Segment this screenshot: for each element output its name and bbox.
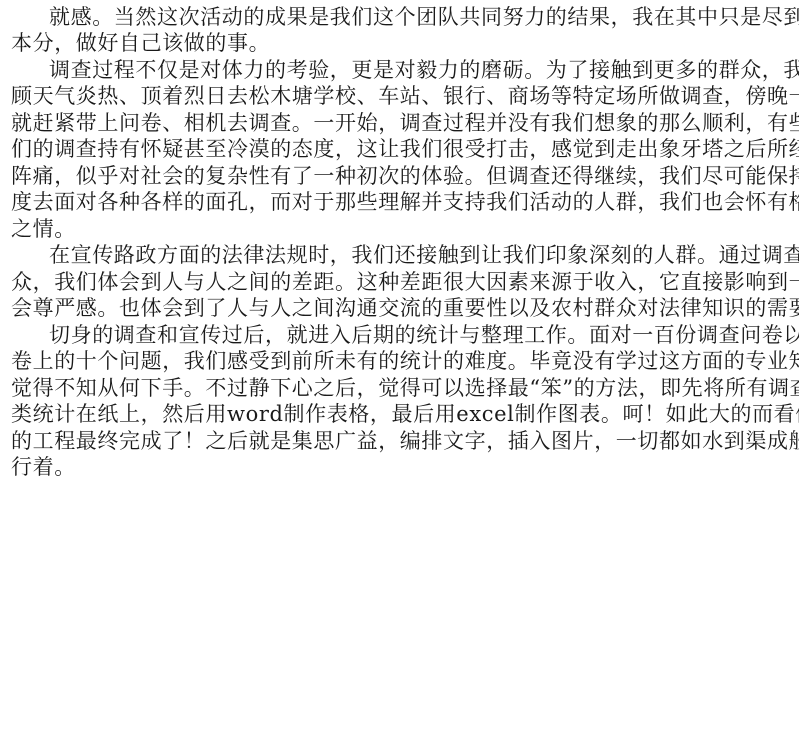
paragraph-line: 顾天气炎热、顶着烈日去松木塘学校、车站、银行、商场等特定场所做调查，傍晚一吃完晚… — [11, 83, 787, 109]
paragraph-line: 众，我们体会到人与人之间的差距。这种差距很大因素来源于收入，它直接影响到一个人的… — [11, 269, 787, 295]
paragraph-line: 卷上的十个问题，我们感受到前所未有的统计的难度。毕竟没有学过这方面的专业知识，因… — [11, 348, 787, 374]
paragraph-line: 类统计在纸上，然后用word制作表格，最后用excel制作图表。呵！如此大的而看… — [11, 401, 787, 427]
paragraph-line: 行着。 — [11, 454, 787, 480]
paragraph-line: 会尊严感。也体会到了人与人之间沟通交流的重要性以及农村群众对法律知识的需要。 — [11, 295, 787, 321]
paragraph-line: 阵痛，似乎对社会的复杂性有了一种初次的体验。但调查还得继续，我们尽可能保持友好的… — [11, 163, 787, 189]
paragraph-line: 之情。 — [11, 216, 787, 242]
document-page: 就感。当然这次活动的成果是我们这个团队共同努力的结果，我在其中只是尽到了自己的 … — [0, 0, 799, 756]
paragraph-line: 度去面对各种各样的面孔，而对于那些理解并支持我们活动的人群，我们也会怀有格外的感… — [11, 189, 787, 215]
paragraph-line: 的工程最终完成了！之后就是集思广益，编排文字，插入图片，一切都如水到渠成般顺利地… — [11, 428, 787, 454]
paragraph-line: 就感。当然这次活动的成果是我们这个团队共同努力的结果，我在其中只是尽到了自己的 — [49, 4, 787, 30]
paragraph-line: 本分，做好自己该做的事。 — [11, 30, 787, 56]
paragraph-line: 觉得不知从何下手。不过静下心之后，觉得可以选择最“笨”的方法，即先将所有调查结果… — [11, 375, 787, 401]
paragraph-line: 在宣传路政方面的法律法规时，我们还接触到让我们印象深刻的人群。通过调查不同的群 — [49, 242, 787, 268]
paragraph-line: 就赶紧带上问卷、相机去调查。一开始，调查过程并没有我们想象的那么顺利，有些人会对… — [11, 110, 787, 136]
paragraph-line: 切身的调查和宣传过后，就进入后期的统计与整理工作。面对一百份调查问卷以及每份问 — [49, 322, 787, 348]
paragraph-line: 们的调查持有怀疑甚至冷漠的态度，这让我们很受打击，感觉到走出象牙塔之后所经受的那… — [11, 136, 787, 162]
paragraph-line: 调查过程不仅是对体力的考验，更是对毅力的磨砺。为了接触到更多的群众，我们白天不 — [49, 57, 787, 83]
